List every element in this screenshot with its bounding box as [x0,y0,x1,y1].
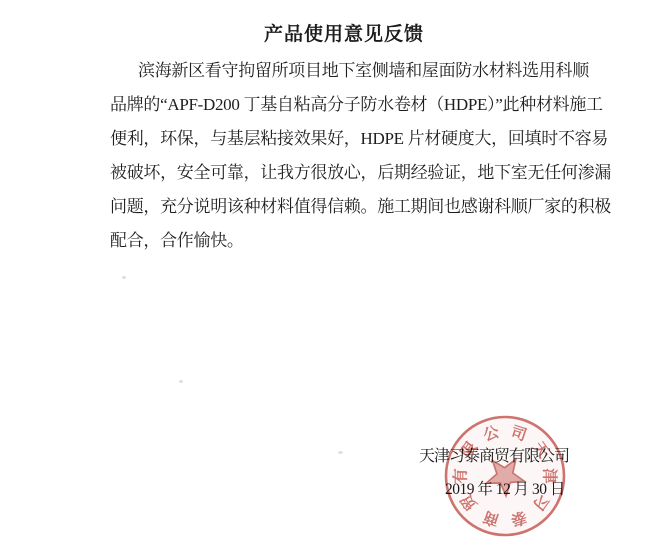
body-line: 品牌的“APF-D200 丁基自粘高分子防水卷材（HDPE）”此种材料施工 [110,88,578,122]
scan-speck [122,276,126,279]
scan-speck [179,380,183,383]
document-page: 产品使用意见反馈 滨海新区看守拘留所项目地下室侧墙和屋面防水材料选用科顺 品牌的… [0,0,665,558]
body-line: 被破坏，安全可靠，让我方很放心，后期经验证，地下室无任何渗漏 [110,156,578,190]
document-body: 滨海新区看守拘留所项目地下室侧墙和屋面防水材料选用科顺 品牌的“APF-D200… [110,54,578,258]
seal-char: 津 [541,468,559,484]
company-seal-stamp: 天津习泰商贸有限公司 [430,401,580,551]
body-line: 配合，合作愉快。 [110,224,578,258]
scan-speck [338,451,343,454]
seal-char: 有 [451,468,470,484]
body-line: 便利，环保，与基层粘接效果好，HDPE 片材硬度大，回填时不容易 [110,122,578,156]
body-line: 滨海新区看守拘留所项目地下室侧墙和屋面防水材料选用科顺 [110,54,578,88]
document-title: 产品使用意见反馈 [110,19,578,46]
body-line: 问题，充分说明该种材料值得信赖。施工期间也感谢科顺厂家的积极 [110,190,578,224]
